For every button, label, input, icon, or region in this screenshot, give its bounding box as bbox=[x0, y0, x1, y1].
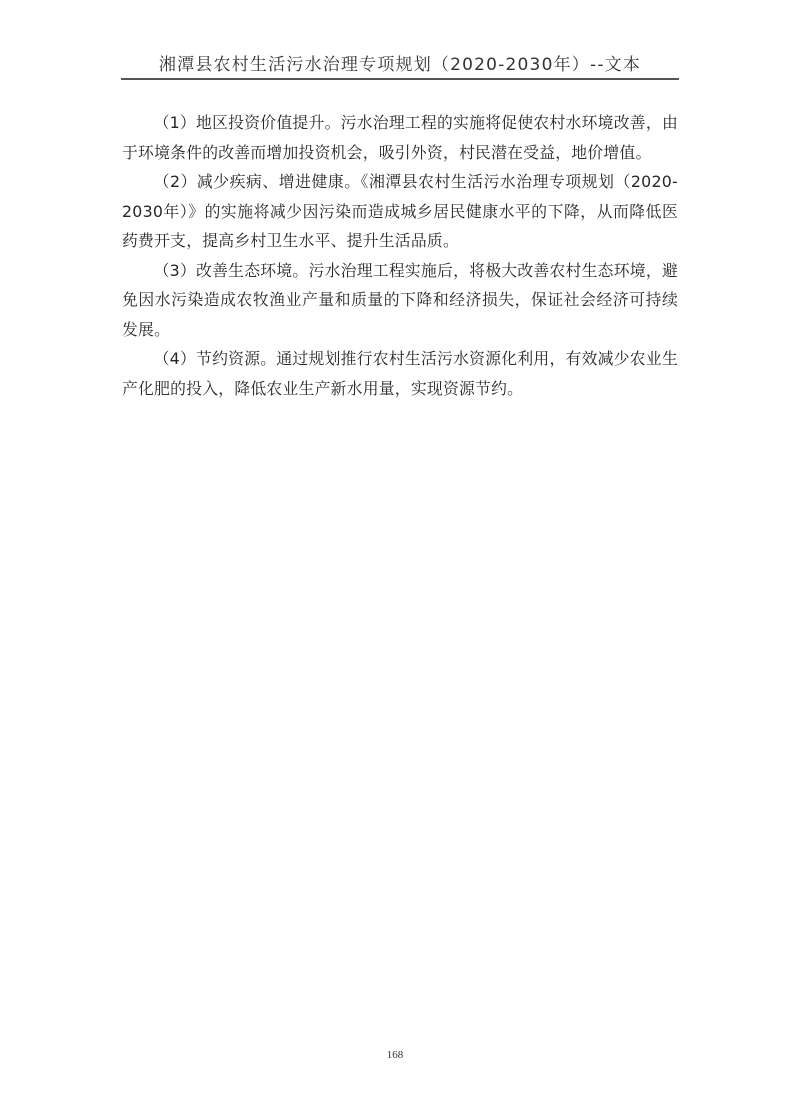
paragraph-health: （2）减少疾病、增进健康。《湘潭县农村生活污水治理专项规划（2020-2030年… bbox=[122, 167, 678, 256]
document-title: 湘潭县农村生活污水治理专项规划（2020-2030年）--文本 bbox=[120, 50, 680, 75]
paragraph-investment-value: （1）地区投资价值提升。污水治理工程的实施将促使农村水环境改善，由于环境条件的改… bbox=[122, 108, 678, 167]
page-number: 168 bbox=[0, 1049, 790, 1061]
header-divider bbox=[121, 78, 679, 80]
paragraph-resources: （4）节约资源。通过规划推行农村生活污水资源化利用，有效减少农业生产化肥的投入，… bbox=[122, 344, 678, 403]
body-content: （1）地区投资价值提升。污水治理工程的实施将促使农村水环境改善，由于环境条件的改… bbox=[122, 108, 678, 403]
paragraph-ecology: （3）改善生态环境。污水治理工程实施后，将极大改善农村生态环境，避免因水污染造成… bbox=[122, 256, 678, 345]
